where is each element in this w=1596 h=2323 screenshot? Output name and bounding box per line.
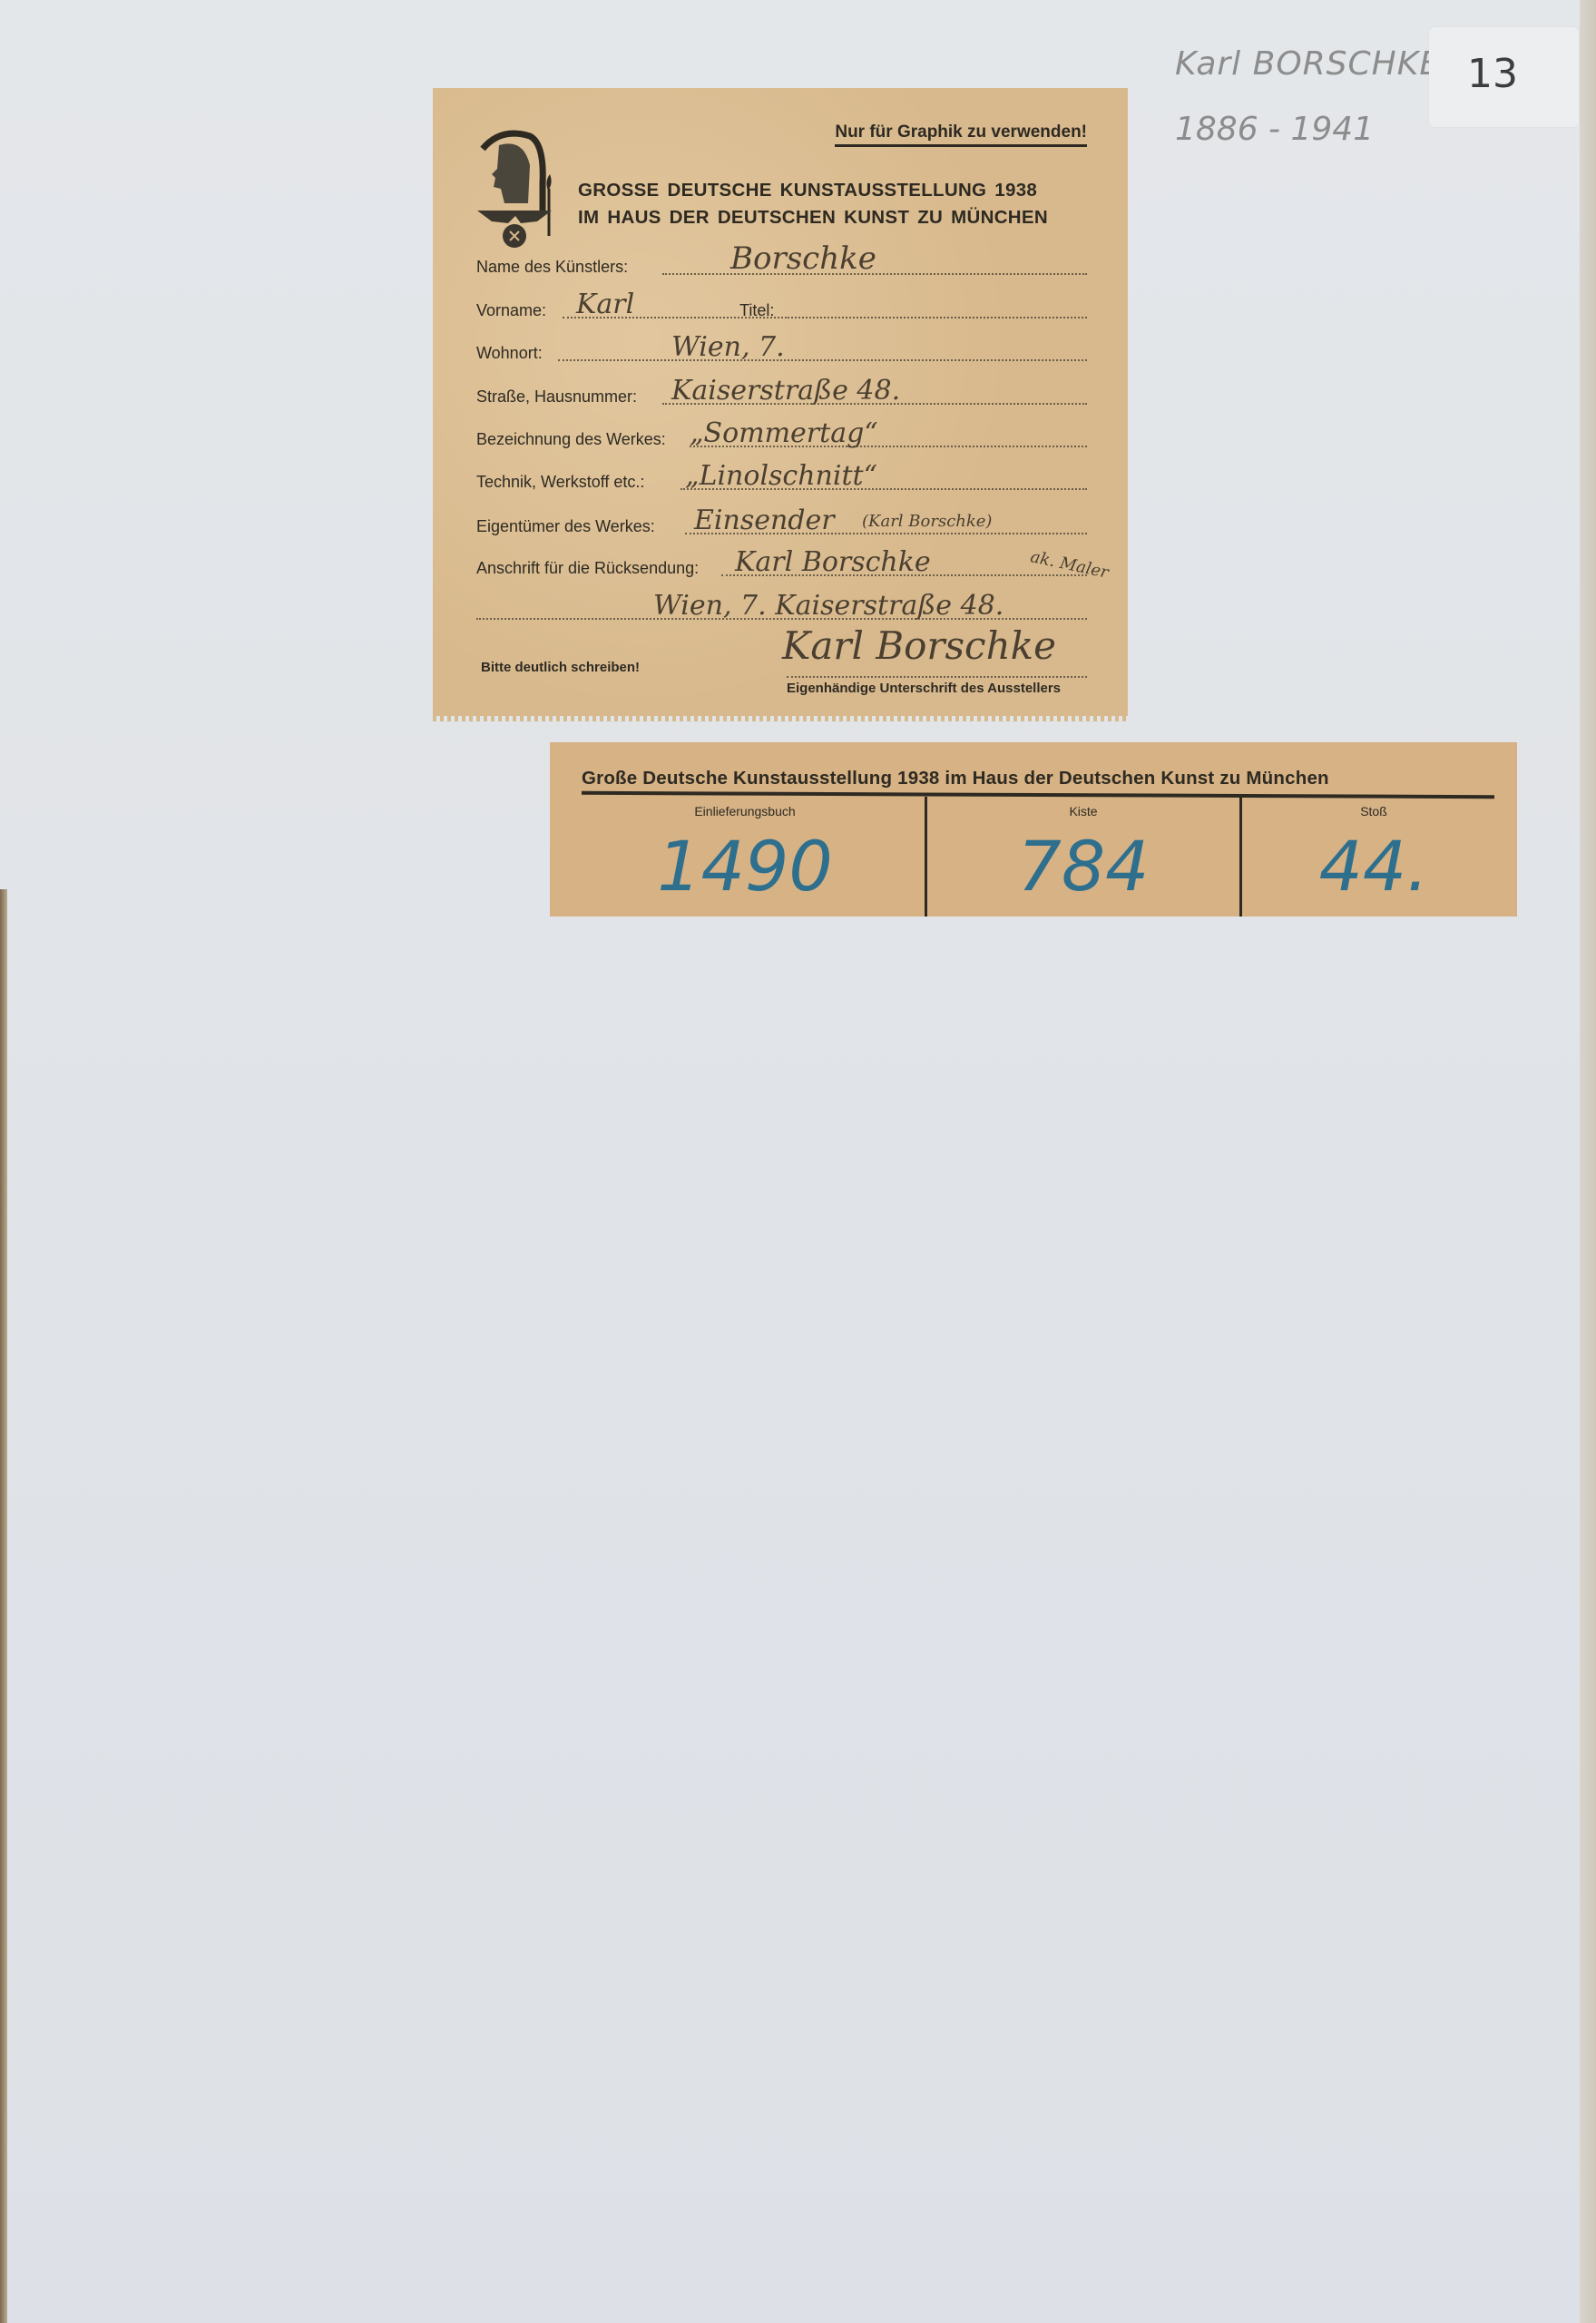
field-work-title: Bezeichnung des Werkes: „Sommertag“ [476, 424, 1087, 451]
exhibition-title: GROSSE DEUTSCHE KUNSTAUSSTELLUNG 1938 IM… [578, 177, 1048, 231]
work-title-value: „Sommertag“ [690, 417, 878, 449]
crate-number: 784 [927, 826, 1239, 907]
stack-number: 44. [1242, 826, 1505, 907]
field-technique: Technik, Werkstoff etc.: „Linolschnitt“ [476, 466, 1087, 494]
street-value: Kaiserstraße 48. [671, 375, 900, 407]
return-address-note: ak. Maler [1029, 547, 1111, 583]
owner-value: Einsender [694, 505, 835, 536]
field-street: Straße, Hausnummer: Kaiserstraße 48. [476, 381, 1087, 408]
return-address-value: Karl Borschke [735, 546, 931, 578]
column-delivery-book: Einlieferungsbuch 1490 [568, 799, 922, 916]
write-clearly-note: Bitte deutlich schreiben! [481, 660, 640, 675]
field-return-address: Anschrift für die Rücksendung: Karl Bors… [476, 553, 1087, 580]
pencil-artist-name: Karl BORSCHKE [1175, 45, 1441, 83]
residence-value: Wien, 7. [671, 331, 785, 363]
field-first-name: Vorname: Karl Titel: [476, 295, 1087, 322]
delivery-label: Große Deutsche Kunstausstellung 1938 im … [550, 742, 1517, 916]
field-artist-surname: Name des Künstlers: Borschke [476, 251, 1087, 279]
title-line-2: IM HAUS DER DEUTSCHEN KUNST ZU MÜNCHEN [578, 204, 1048, 231]
artist-surname-value: Borschke [730, 240, 876, 277]
graphics-only-notice: Nur für Graphik zu verwenden! [835, 123, 1087, 147]
signature: Karl Borschke [782, 623, 1056, 668]
signature-caption: Eigenhändige Unterschrift des Aussteller… [787, 681, 1061, 696]
field-residence: Wohnort: Wien, 7. [476, 338, 1087, 365]
number-sticker: 13 [1429, 27, 1579, 127]
first-name-value: Karl [576, 289, 634, 320]
field-owner: Eigentümer des Werkes: Einsender (Karl B… [476, 511, 1087, 538]
return-address-line2-value: Wien, 7. Kaiserstraße 48. [653, 590, 1004, 622]
title-line-1: GROSSE DEUTSCHE KUNSTAUSSTELLUNG 1938 [578, 177, 1048, 204]
sheet-edge-right [1580, 0, 1596, 2323]
column-stack: Stoß 44. [1242, 799, 1505, 916]
sticker-number: 13 [1467, 51, 1518, 97]
sheet-edge-left [0, 889, 7, 2323]
helmeted-head-eagle-emblem-icon [474, 129, 555, 251]
pencil-artist-dates: 1886 - 1941 [1175, 111, 1374, 148]
field-return-address-line2: Wien, 7. Kaiserstraße 48. [476, 596, 1087, 623]
technique-value: „Linolschnitt“ [685, 460, 877, 492]
delivery-label-heading: Große Deutsche Kunstausstellung 1938 im … [582, 768, 1329, 789]
column-crate: Kiste 784 [927, 799, 1239, 916]
entry-form-card: Nur für Graphik zu verwenden! GROSSE DEU… [433, 88, 1128, 716]
owner-note: (Karl Borschke) [862, 512, 992, 531]
title-field-label: Titel: [739, 301, 774, 320]
delivery-book-number: 1490 [568, 826, 922, 907]
